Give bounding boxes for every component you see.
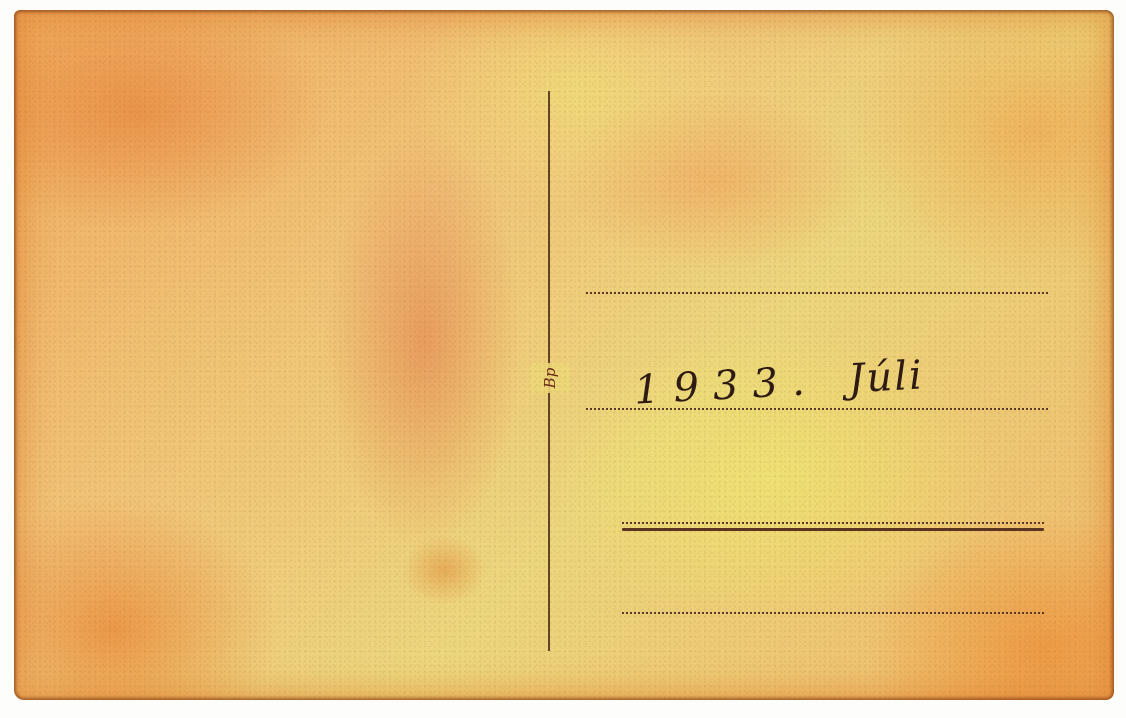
address-line-4 [622, 612, 1044, 614]
handwritten-month: Júli [847, 352, 925, 402]
printer-mark: Bp [530, 363, 570, 393]
handwritten-year: 1933. [633, 358, 820, 414]
image-canvas: Bp 1933.Júli [0, 0, 1126, 718]
handwritten-date: 1933.Júli [633, 352, 925, 413]
postcard-back: Bp 1933.Júli [14, 10, 1114, 700]
address-line-1 [586, 292, 1048, 294]
address-line-3-underline [622, 528, 1044, 531]
address-line-3 [622, 522, 1044, 524]
